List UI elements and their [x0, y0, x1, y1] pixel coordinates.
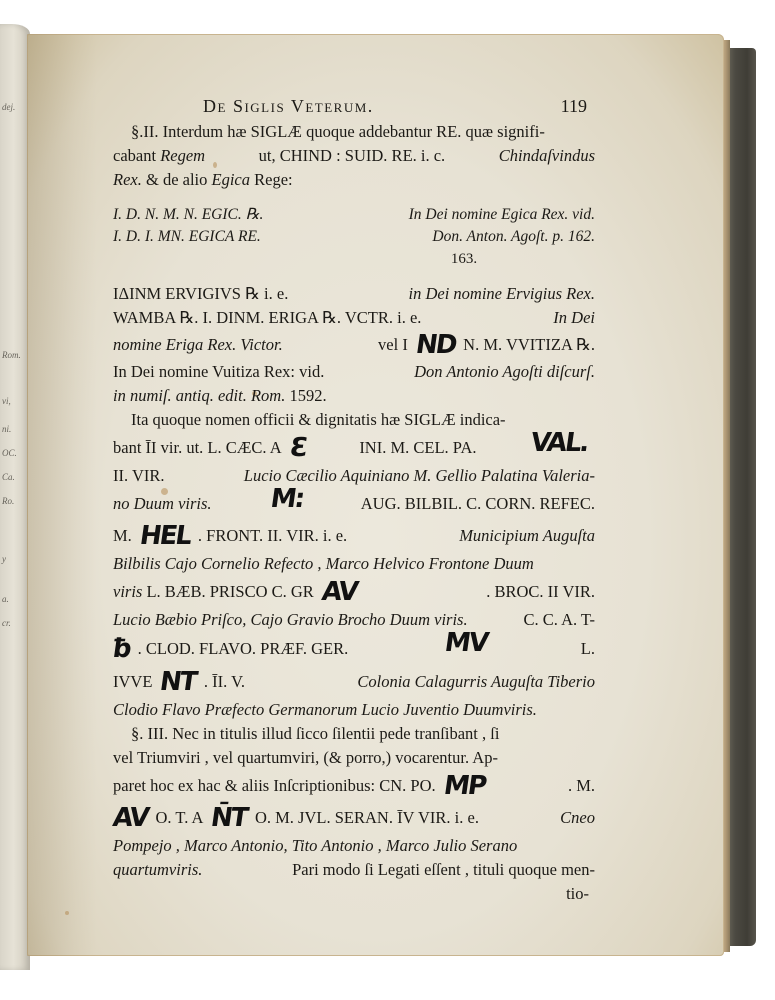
text-line: vel Triumviri , vel quartumviri, (& porr…: [113, 746, 595, 770]
text-line: AVO. T. AN̄TO. M. JVL. SERAN. ĪV VIR. i.…: [113, 802, 595, 834]
inscription-text: I. D. N. M. N. EGIC. ℞.: [113, 204, 263, 226]
siglum-nt-bar-icon: N̄T: [210, 807, 249, 829]
text-line: bant ĪI vir. ut. L. CÆC. AƐ INI. M. CEL.…: [113, 432, 595, 464]
catchword: tio-: [113, 882, 595, 906]
left-page-fragment: Rom.: [2, 350, 21, 360]
text-line: II. VIR. Lucio Cæcilio Aquiniano M. Gell…: [113, 464, 595, 488]
ervigius-block: IΔINM ERVIGIVS ℞ i. e. in Dei nomine Erv…: [113, 282, 595, 408]
siglum-val-icon: VAL.: [528, 432, 589, 464]
left-page-fragment: cr.: [2, 618, 11, 628]
inscription-gloss: Don. Anton. Agoſt. p. 162.: [432, 226, 595, 248]
siglum-nd-icon: ND: [414, 334, 456, 356]
book-back-cover: [726, 48, 756, 946]
left-page-fragment: y: [2, 554, 6, 564]
text-line: In Dei nomine Vuitiza Rex: vid. Don Anto…: [113, 360, 595, 384]
siglum-tb-icon: ƀ: [111, 638, 131, 660]
text-line: cabant Regem ut, CHIND : SUID. RE. i. c.…: [113, 144, 595, 168]
text-line: Clodio Flavo Præfecto Germanorum Lucio J…: [113, 698, 595, 722]
gloss-continuation: 163.: [113, 248, 595, 270]
running-head-title: De Siglis Veterum.: [203, 94, 374, 118]
inscription-text: I. D. I. MN. EGICA RE.: [113, 226, 261, 248]
siglum-mp-icon: MP: [442, 775, 486, 797]
siglum-nt-icon: NT: [159, 671, 198, 693]
text-line: in numiſ. antiq. edit. Rom. 1592.: [113, 384, 595, 408]
text-line: §.II. Interdum hæ SIGLÆ quoque addebantu…: [113, 120, 595, 144]
text-line: paret hoc ex hac & aliis Inſcriptionibus…: [113, 770, 595, 802]
siglum-av-icon: AV: [111, 807, 149, 829]
left-page-fragment: OC.: [2, 448, 17, 458]
text-line: IΔINM ERVIGIVS ℞ i. e. in Dei nomine Erv…: [113, 282, 595, 306]
left-page-fragment: ni.: [2, 424, 11, 434]
siglum-hel-icon: HEL: [138, 525, 191, 547]
siglum-mv-icon: MV: [441, 632, 488, 666]
text-line: Rex. & de alio Egica Rege:: [113, 168, 595, 192]
text-line: quartumviris. Pari modo ſi Legati eſſent…: [113, 858, 595, 882]
text-line: M.HEL. FRONT. II. VIR. i. e. Municipium …: [113, 520, 595, 552]
running-head: De Siglis Veterum. 119: [203, 94, 595, 118]
text-line: Bilbilis Cajo Cornelio Refecto , Marco H…: [113, 552, 595, 576]
egica-inscriptions-table: I. D. N. M. N. EGIC. ℞. In Dei nomine Eg…: [113, 204, 595, 270]
siglum-m-icon: M:: [268, 488, 305, 520]
left-page-fragment: Ro.: [2, 496, 14, 506]
text-line: WAMBA ℞. I. DINM. ERIGA ℞. VCTR. i. e. I…: [113, 306, 595, 330]
paragraph-3: §. III. Nec in titulis illud ſicco ſilen…: [113, 722, 595, 906]
text-line: Ita quoque nomen officii & dignitatis hæ…: [113, 408, 595, 432]
text-line: Pompejo , Marco Antonio, Tito Antonio , …: [113, 834, 595, 858]
left-page-fragment: Ca.: [2, 472, 15, 482]
left-page-fragment: dej.: [2, 102, 15, 112]
text-line: Lucio Bæbio Priſco, Cajo Gravio Brocho D…: [113, 608, 595, 632]
facing-left-page: dej. Rom. vi, ni. OC. Ca. Ro. y a. cr.: [0, 24, 30, 970]
text-line: §. III. Nec in titulis illud ſicco ſilen…: [113, 722, 595, 746]
page-text: De Siglis Veterum. 119 §.II. Interdum hæ…: [113, 94, 595, 906]
left-page-fragment: vi,: [2, 396, 11, 406]
text-line: no Duum viris. M: AUG. BILBIL. C. CORN. …: [113, 488, 595, 520]
foxing-spot: [65, 911, 69, 915]
text-line: viris L. BÆB. PRISCO C. GRAV . BROC. II …: [113, 576, 595, 608]
text-line: nomine Eriga Rex. Victor. vel INDN. M. V…: [113, 330, 595, 360]
text-line: ƀ. CLOD. FLAVO. PRÆF. GER. MV L.: [113, 632, 595, 666]
text-line: IVVENT. ĪI. V. Colonia Calagurris Auguſt…: [113, 666, 595, 698]
inscription-row: I. D. I. MN. EGICA RE. Don. Anton. Agoſt…: [113, 226, 595, 248]
siglum-c-icon: Ɛ: [288, 437, 307, 459]
officium-block: Ita quoque nomen officii & dignitatis hæ…: [113, 408, 595, 722]
paragraph-2: §.II. Interdum hæ SIGLÆ quoque addebantu…: [113, 120, 595, 192]
page-number: 119: [561, 94, 587, 118]
left-page-fragment: a.: [2, 594, 9, 604]
siglum-av-icon: AV: [320, 581, 358, 603]
inscription-row: I. D. N. M. N. EGIC. ℞. In Dei nomine Eg…: [113, 204, 595, 226]
inscription-gloss: In Dei nomine Egica Rex. vid.: [409, 204, 595, 226]
